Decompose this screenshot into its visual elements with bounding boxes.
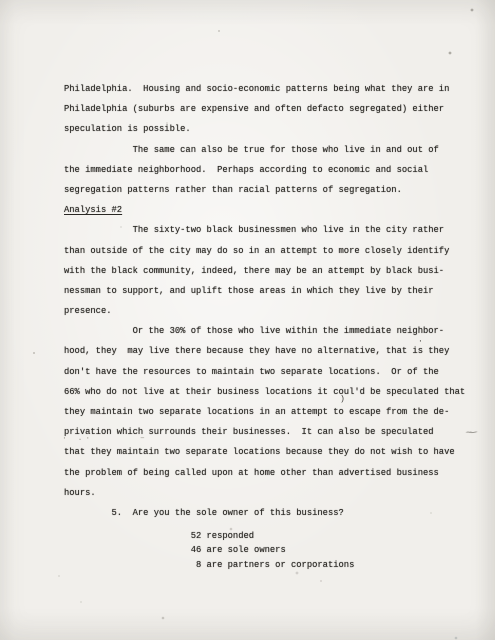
text-line: the problem of being called upon at home… [64, 463, 487, 483]
text-line: segregation patterns rather than racial … [64, 180, 487, 200]
section-heading: Analysis #2 [64, 200, 487, 220]
text-line: The same can also be true for those who … [64, 140, 487, 160]
text-line: the immediate neighborhood. Perhaps acco… [64, 160, 487, 180]
text-line: Philadelphia (suburbs are expensive and … [64, 99, 487, 119]
text-line: Or the 30% of those who live within the … [64, 321, 487, 341]
text-line: speculation is possible. [64, 119, 487, 139]
scanned-document-page: Philadelphia. Housing and socio-economic… [0, 0, 495, 640]
text-line: 46 are sole owners [64, 543, 487, 557]
text-line: than outside of the city may do so in an… [64, 241, 487, 261]
text-line: with the black community, indeed, there … [64, 261, 487, 281]
text-line: 52 responded [64, 529, 487, 543]
text-line: hood, they may live there because they h… [64, 341, 487, 361]
text-line: don't have the resources to maintain two… [64, 362, 487, 382]
text-line: 5. Are you the sole owner of this busine… [64, 503, 487, 523]
text-line: hours. [64, 483, 487, 503]
document-lines: Philadelphia. Housing and socio-economic… [64, 79, 487, 572]
text-line: 8 are partners or corporations [64, 558, 487, 572]
text-line: 66% who do not live at their business lo… [64, 382, 487, 402]
text-line: Philadelphia. Housing and socio-economic… [64, 79, 487, 99]
text-line: nessman to support, and uplift those are… [64, 281, 487, 301]
text-line: privation which surrounds their business… [64, 422, 487, 442]
scan-noise [0, 0, 2, 2]
text-line: they maintain two separate locations in … [64, 402, 487, 422]
text-line: The sixty-two black businessmen who live… [64, 220, 487, 240]
text-line: that they maintain two separate location… [64, 442, 487, 462]
text-line: presence. [64, 301, 487, 321]
